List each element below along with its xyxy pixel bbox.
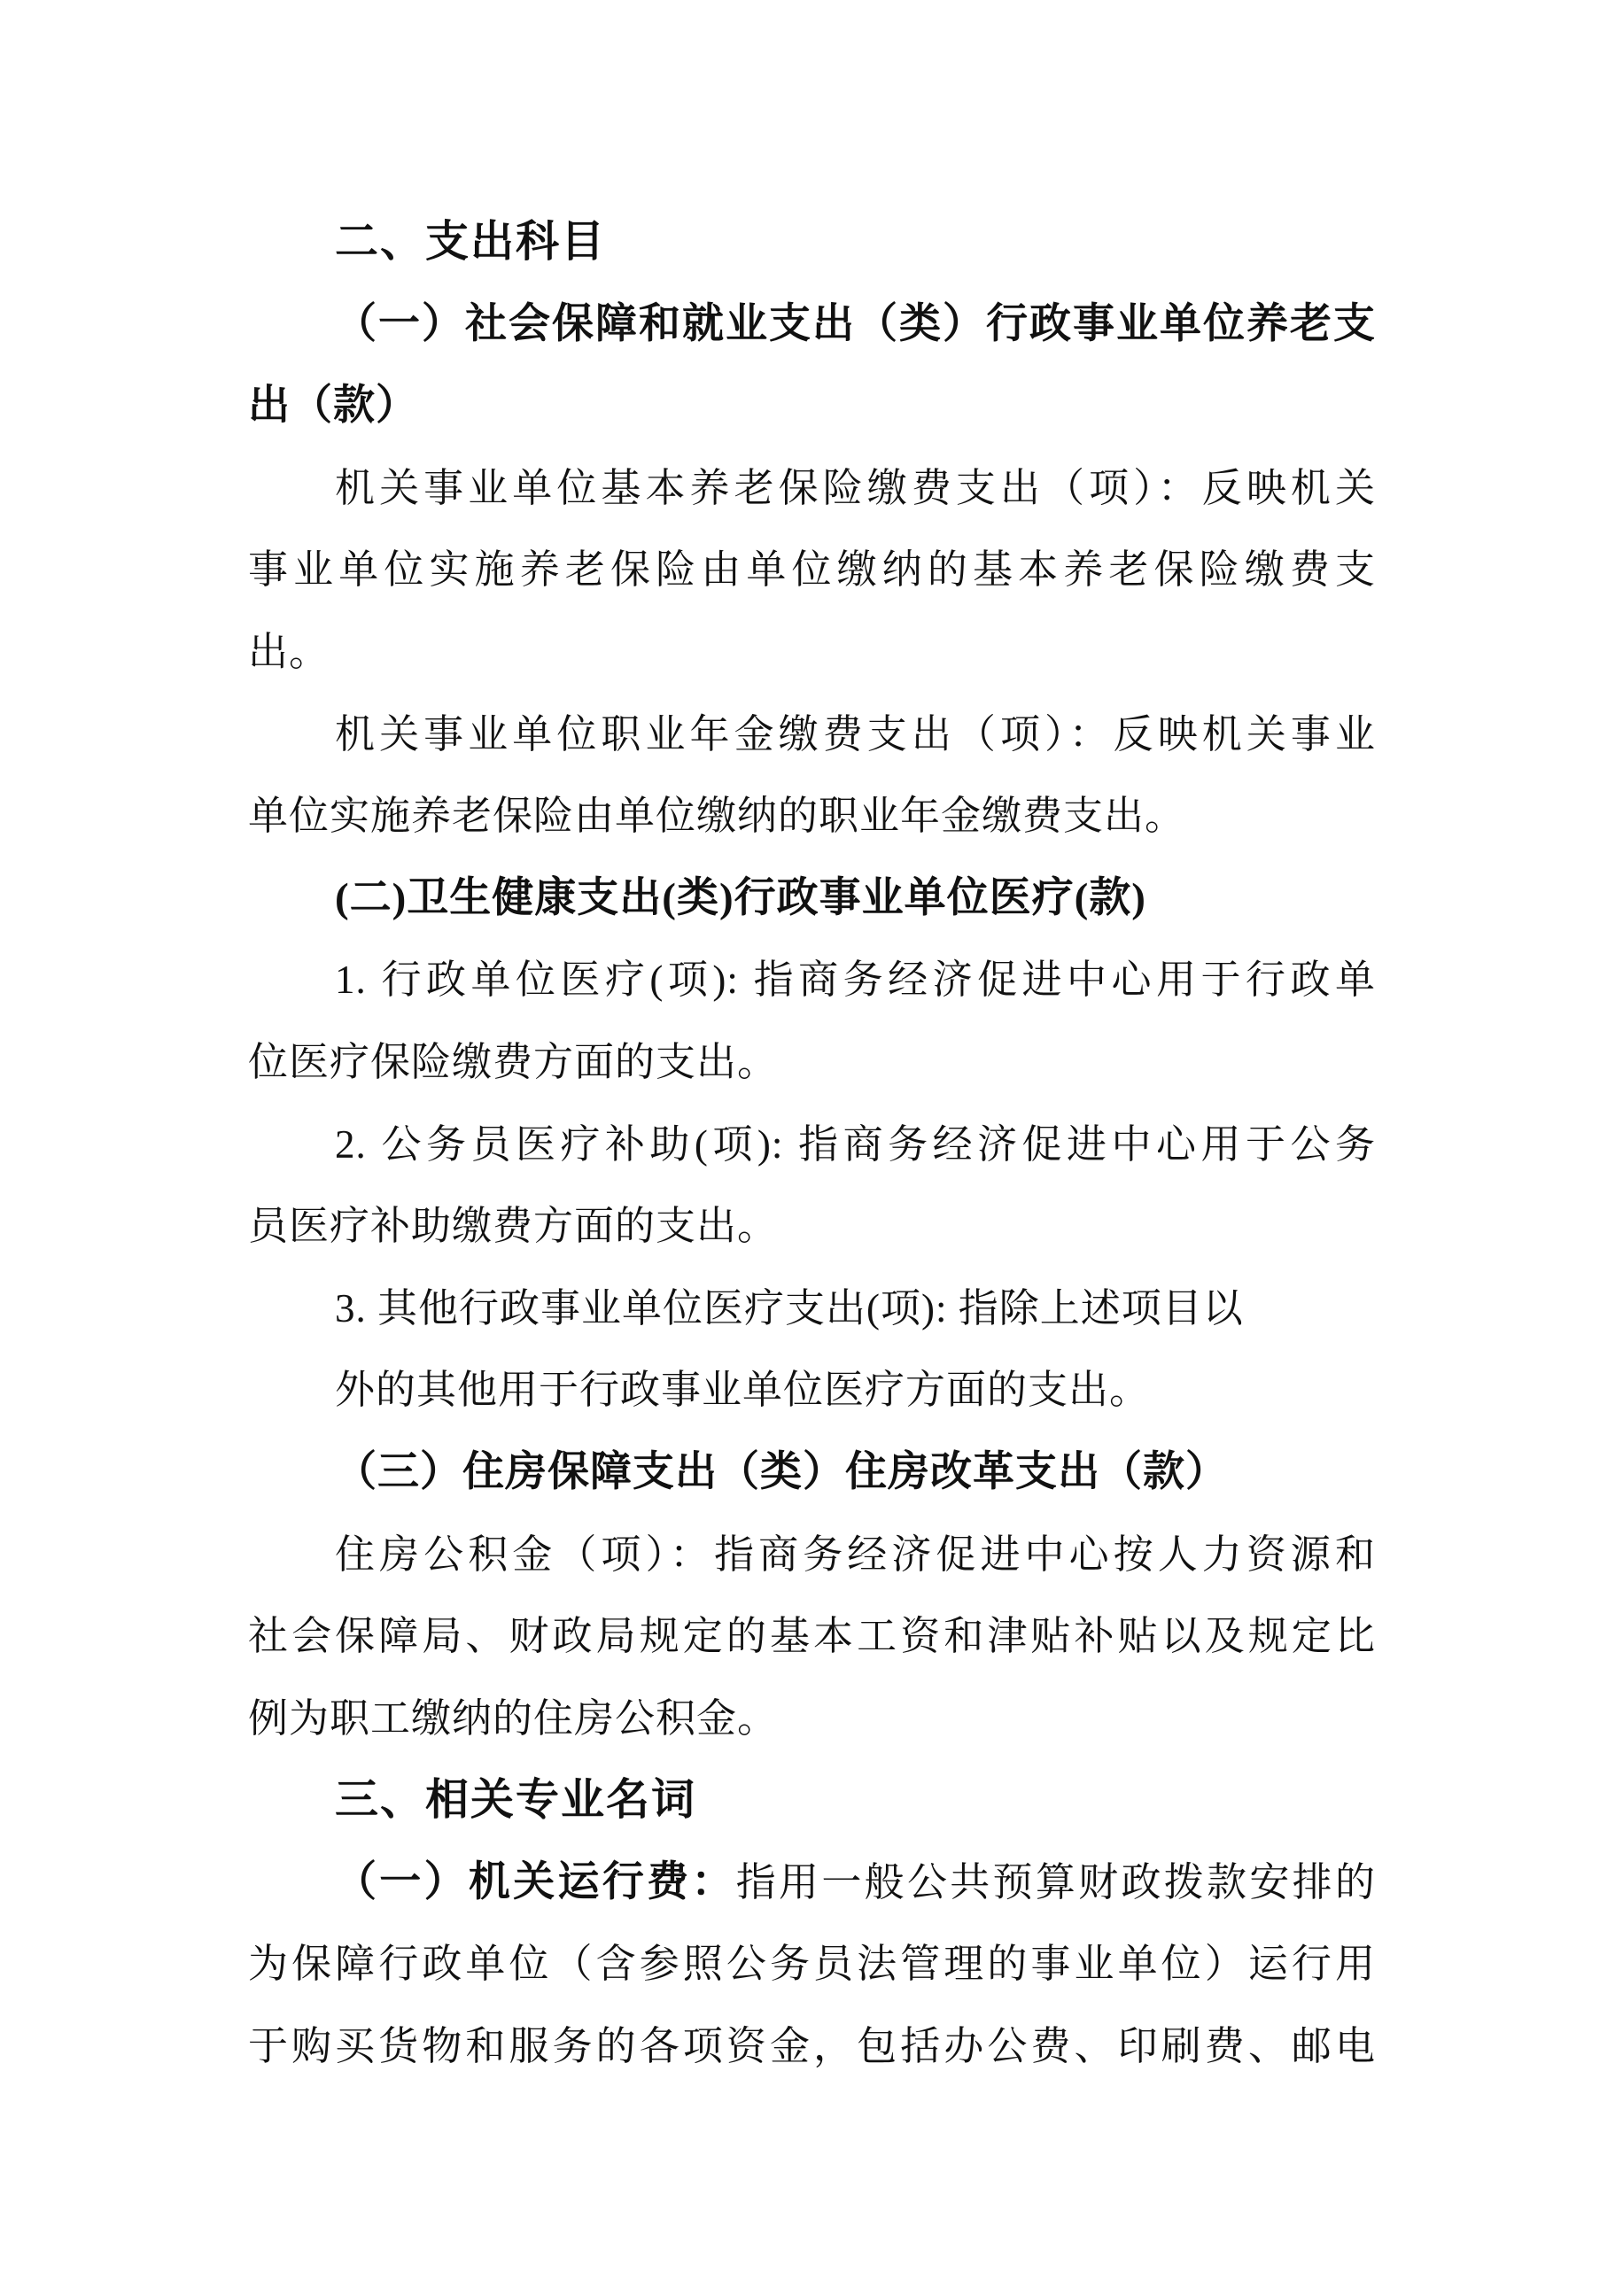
para-occupational-annuity-line2: 单位实施养老保险由单位缴纳的职业年金缴费支出。 [248, 775, 1376, 857]
para-item1-admin-medical-line1: 1. 行政单位医疗(项): 指商务经济促进中心用于行政单 [248, 939, 1376, 1021]
para-basic-pension-line2: 事业单位实施养老保险由单位缴纳的基本养老保险缴费支 [248, 529, 1376, 611]
para-agency-operating-cost-line3: 于购买货物和服务的各项资金，包括办公费、印刷费、邮电 [248, 2005, 1376, 2088]
para-housing-fund-line1: 住房公积金（项）：指商务经济促进中心按人力资源和 [248, 1514, 1376, 1596]
para-item3-other-medical-line1: 3. 其他行政事业单位医疗支出(项): 指除上述项目以 [248, 1268, 1376, 1350]
document-text: 二、支出科目 （一）社会保障和就业支出（类）行政事业单位养老支 出（款） 机关事… [248, 201, 1376, 2088]
subsection-heading-social-security-line1: （一）社会保障和就业支出（类）行政事业单位养老支 [248, 283, 1376, 366]
para-basic-pension-line3: 出。 [248, 611, 1376, 694]
para-item1-admin-medical-line2: 位医疗保险缴费方面的支出。 [248, 1021, 1376, 1104]
para-agency-operating-cost-line2: 为保障行政单位（含参照公务员法管理的事业单位）运行用 [248, 1923, 1376, 2005]
section-heading-related-terms: 三、相关专业名词 [248, 1759, 1376, 1842]
subsection-heading-housing: （三）住房保障支出（类）住房改革支出（款） [248, 1431, 1376, 1514]
para-item3-other-medical-line2: 外的其他用于行政事业单位医疗方面的支出。 [248, 1349, 1376, 1431]
para-housing-fund-line3: 例为职工缴纳的住房公积金。 [248, 1678, 1376, 1760]
agency-operating-cost-def: 指用一般公共预算财政拨款安排的 [736, 1860, 1376, 1904]
para-item2-civil-servant-medical-line2: 员医疗补助缴费方面的支出。 [248, 1185, 1376, 1268]
document-page: 二、支出科目 （一）社会保障和就业支出（类）行政事业单位养老支 出（款） 机关事… [0, 0, 1623, 2296]
subsection-heading-health: (二)卫生健康支出(类)行政事业单位医疗(款) [248, 857, 1376, 940]
para-housing-fund-line2: 社会保障局、财政局规定的基本工资和津贴补贴以及规定比 [248, 1595, 1376, 1678]
para-agency-operating-cost-line1: （一）机关运行费：指用一般公共预算财政拨款安排的 [248, 1842, 1376, 1924]
para-occupational-annuity-line1: 机关事业单位职业年金缴费支出（项）：反映机关事业 [248, 694, 1376, 776]
section-heading-expenditure-subjects: 二、支出科目 [248, 201, 1376, 283]
para-basic-pension-line1: 机关事业单位基本养老保险缴费支出（项）：反映机关 [248, 447, 1376, 530]
subsection-heading-social-security-line2: 出（款） [248, 365, 1376, 447]
agency-operating-cost-term: （一）机关运行费： [335, 1859, 736, 1905]
para-item2-civil-servant-medical-line1: 2. 公务员医疗补助(项): 指商务经济促进中心用于公务 [248, 1104, 1376, 1186]
